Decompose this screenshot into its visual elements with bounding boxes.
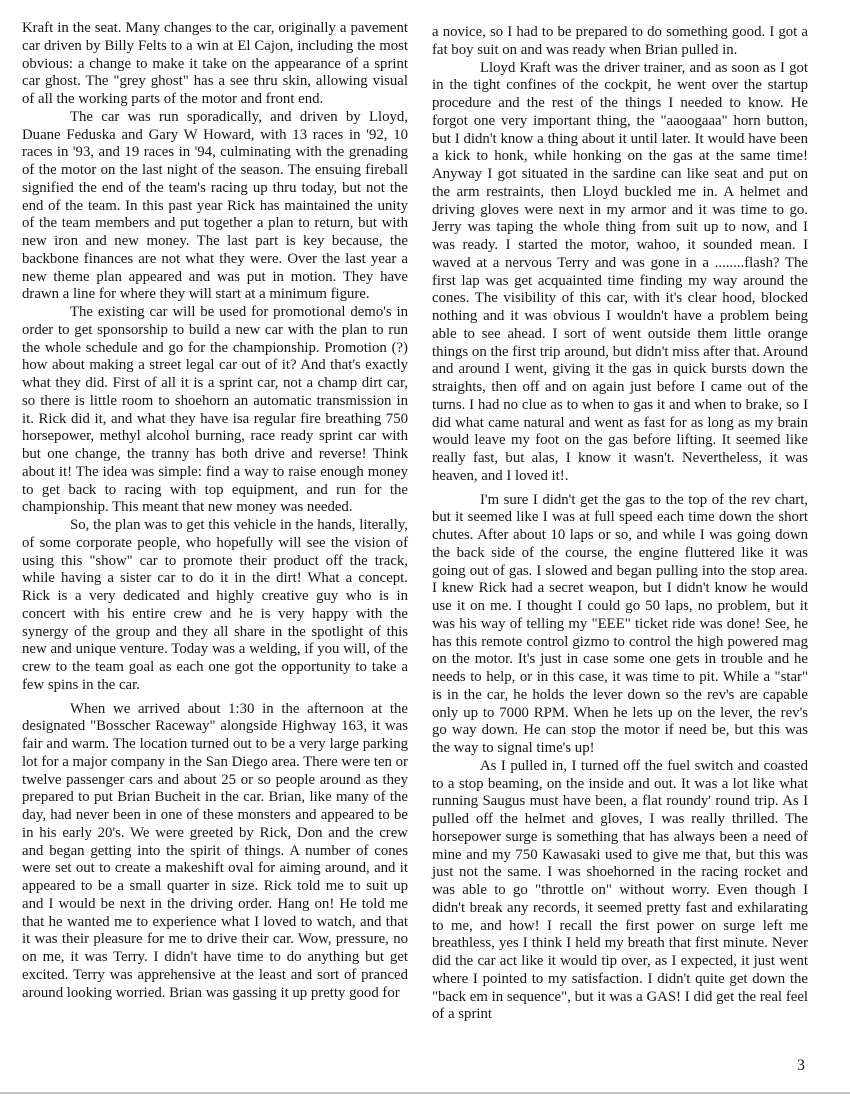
document-page: Kraft in the seat. Many changes to the c…: [0, 0, 850, 1100]
left-column: Kraft in the seat. Many changes to the c…: [22, 20, 408, 1002]
scan-bottom-edge: [0, 1092, 850, 1094]
paragraph: The existing car will be used for promot…: [22, 304, 408, 517]
paragraph: When we arrived about 1:30 in the aftern…: [22, 701, 408, 1003]
paragraph: Kraft in the seat. Many changes to the c…: [22, 20, 408, 109]
paragraph: Lloyd Kraft was the driver trainer, and …: [432, 60, 808, 486]
page-number: 3: [797, 1057, 805, 1075]
paragraph: As I pulled in, I turned off the fuel sw…: [432, 758, 808, 1024]
paragraph: The car was run sporadically, and driven…: [22, 109, 408, 304]
right-column: a novice, so I had to be prepared to do …: [432, 24, 808, 1024]
paragraph: I'm sure I didn't get the gas to the top…: [432, 492, 808, 758]
paragraph: So, the plan was to get this vehicle in …: [22, 517, 408, 695]
paragraph: a novice, so I had to be prepared to do …: [432, 24, 808, 60]
